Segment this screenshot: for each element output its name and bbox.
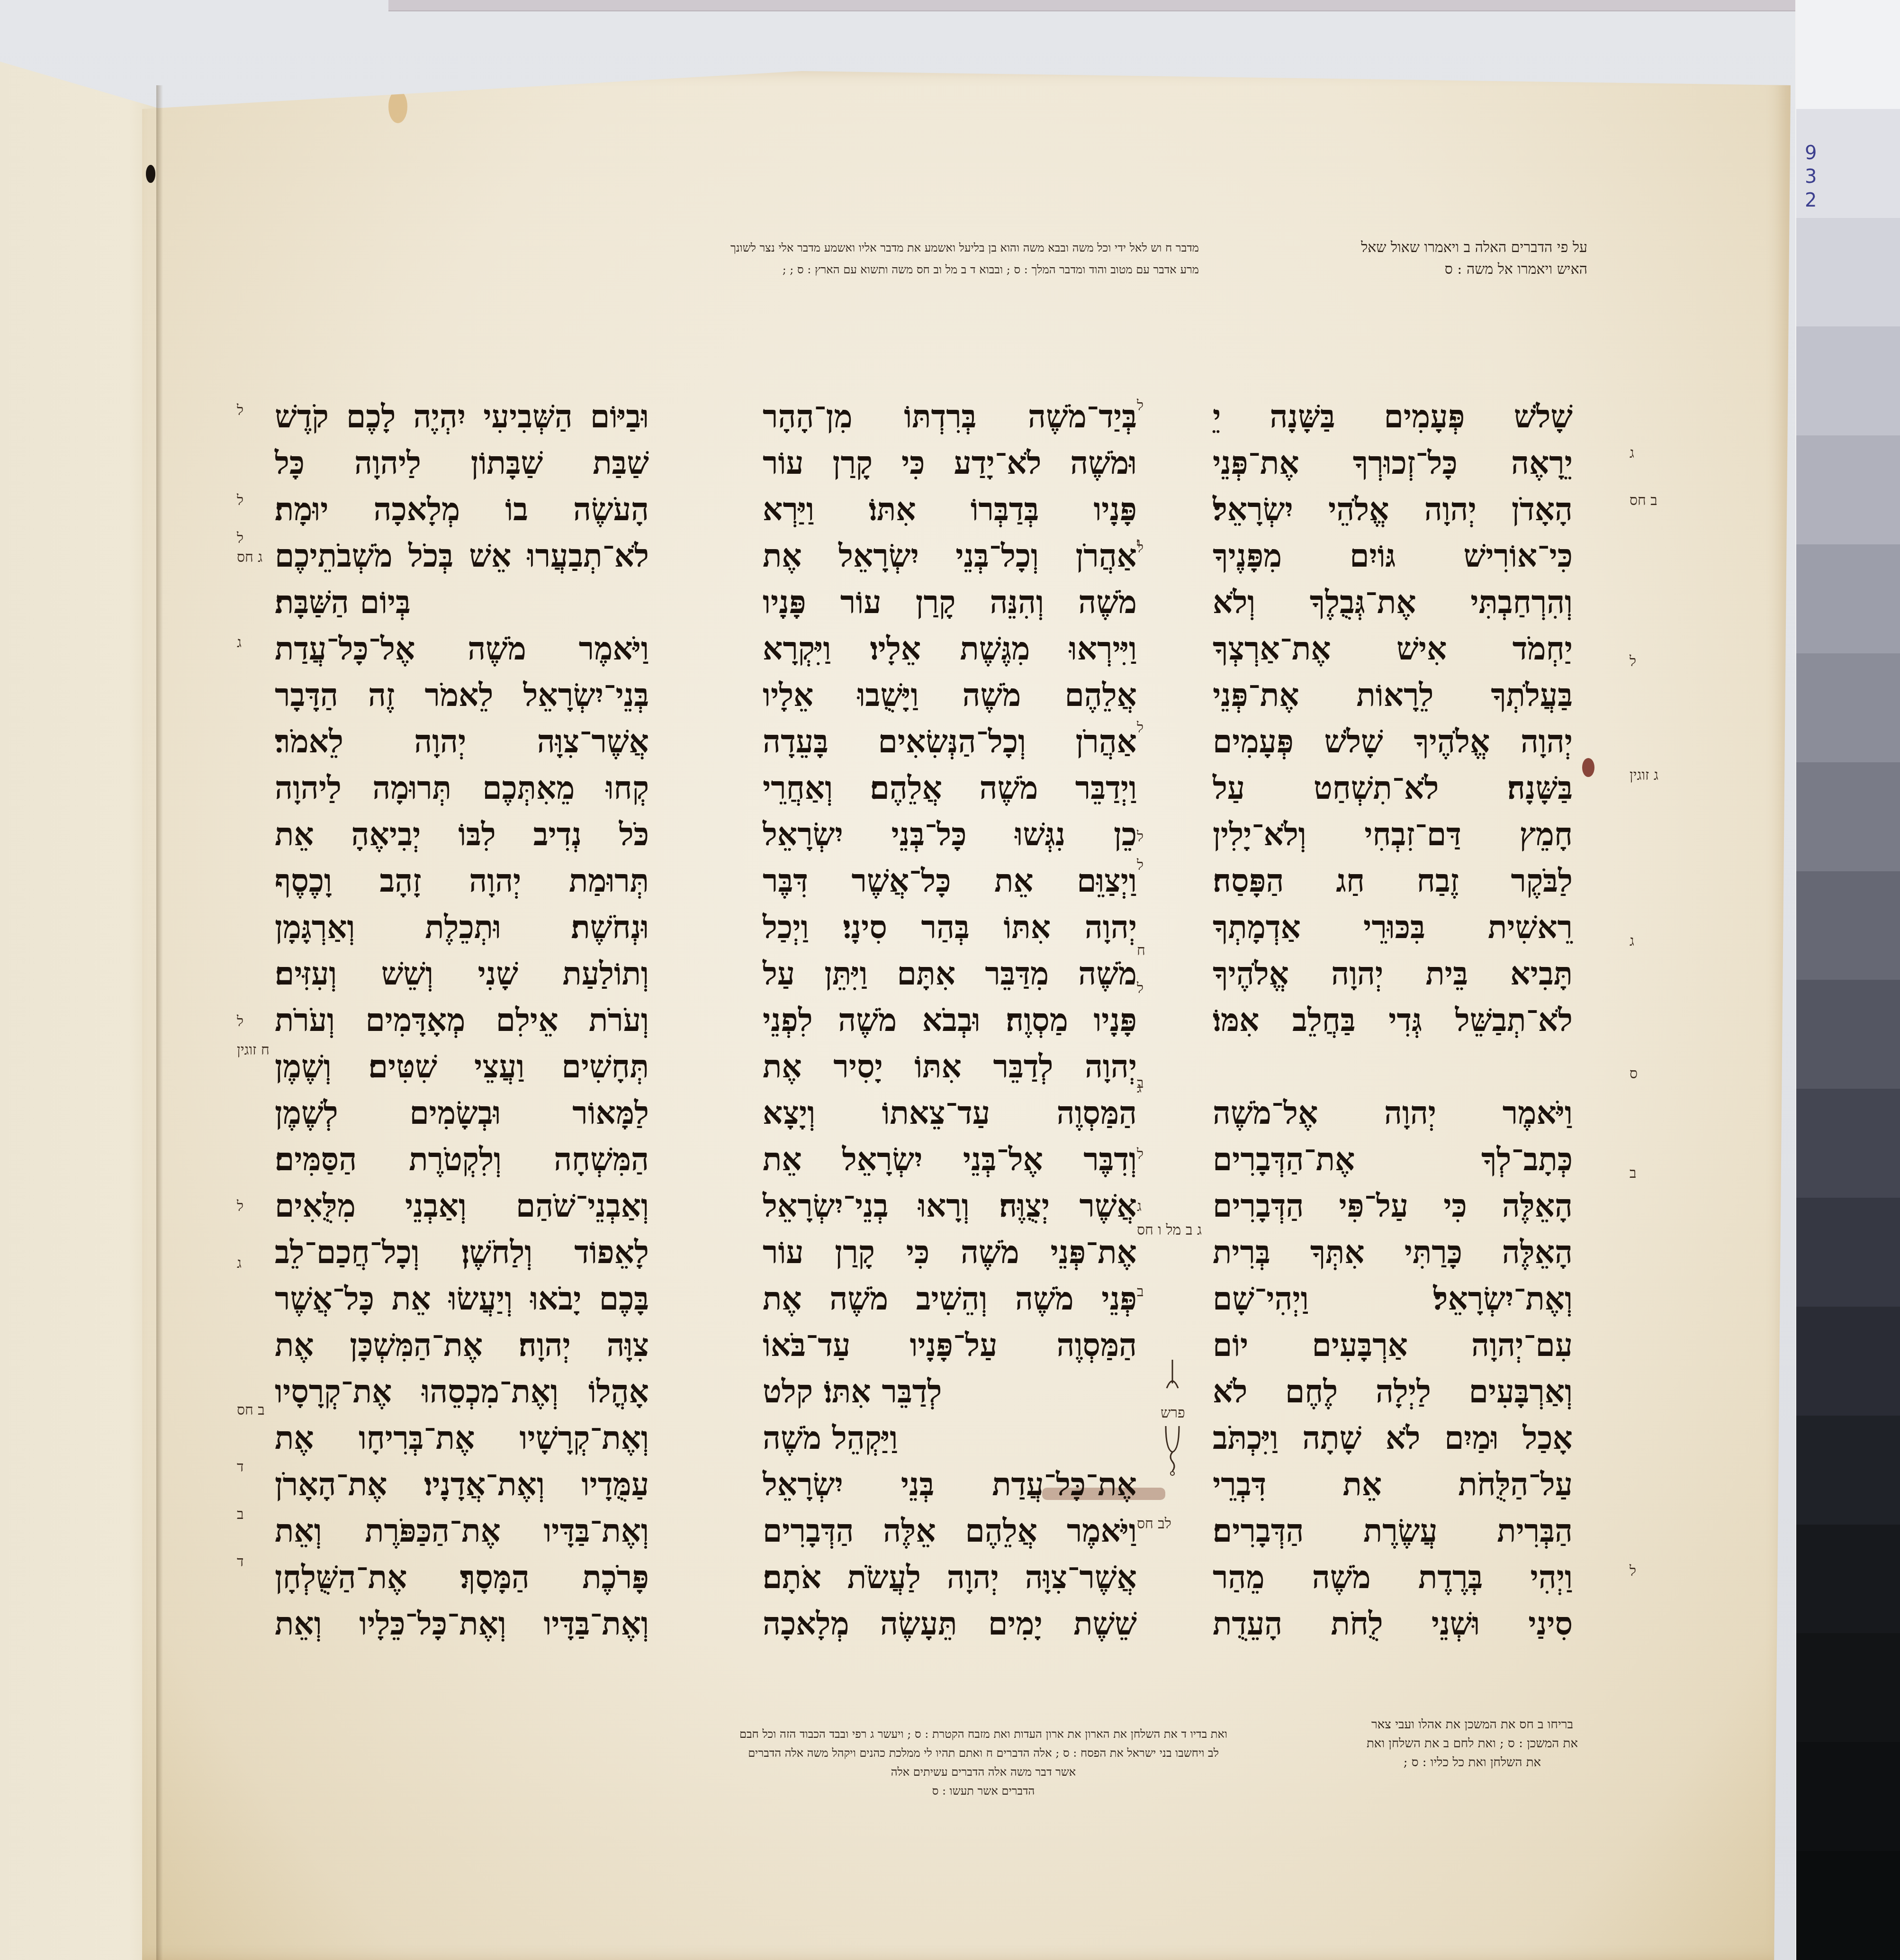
text-line: עַמֻּדָיו וְאֶת־אֲדָנָיו׃ אֶת־הָאָרֹן [275,1461,649,1508]
text-line: וַיַּקְהֵל מֹשֶׁה [763,1415,1137,1461]
gray-patch [1796,0,1900,109]
masora-parva-note: ג [1137,1199,1142,1215]
gray-patch [1796,1525,1900,1634]
text-line: שַׁבַּת שַׁבָּתוֹן לַיהוָה כָּל [275,440,649,486]
text-line: יַחְמֹד אִישׁ אֶת־אַרְצְךָ [1213,625,1573,672]
gray-patch [1796,218,1900,327]
masora-line: את השלחן ואת כל כליו : ס ; [1367,1753,1578,1772]
masora-bottom-left: ואת בדיו ד את השלחן את הארון את ארון העד… [739,1725,1227,1800]
masora-parva-note: ל [1137,1147,1144,1163]
text-line: בְּיוֹם הַשַּׁבָּת׃ [275,579,649,625]
text-line: מֹשֶׁה מִדַּבֵּר אִתָּם וַיִּתֵּן עַל [763,950,1137,997]
text-line [1213,1043,1573,1090]
text-line: עַל־הַלֻּחֹת אֵת דִּבְרֵי [1213,1461,1573,1508]
masora-parva-note: ד [237,1459,243,1475]
text-line: פָּנָיו בְּדַבְּרוֹ אִתּוֹ׃ וַיַּרְא [763,486,1137,533]
masora-parva-note: ב [1137,1075,1144,1092]
text-line: פָּרֹכֶת הַמָּסָךְ׃ אֶת־הַשֻּׁלְחָן [275,1554,649,1600]
masora-line: האיש ויאמרו אל משה : ס [1361,259,1587,280]
text-line: הַבְּרִית עֲשֶׂרֶת הַדְּבָרִים׃ [1213,1508,1573,1554]
text-line: הַמִּשְׁחָה וְלִקְטֹרֶת הַסַּמִּים׃ [275,1136,649,1183]
stain [388,90,407,123]
text-line: בַּשָּׁנָה׃ לֹא־תִשְׁחַט עַל [1213,765,1573,811]
gray-patch [1796,1307,1900,1416]
masora-parva-note: ג זוגין [1630,768,1658,784]
masora-parva-note: ב חס [237,1402,265,1418]
text-line: לַמָּאוֹר וּבְשָׂמִים לְשֶׁמֶן [275,1090,649,1136]
masora-parva-note: ל [237,1014,243,1030]
text-line: בָּכֶם יָבֹאוּ וְיַעֲשׂוּ אֵת כָּל־אֲשֶׁ… [275,1275,649,1322]
text-line: וְאֶת־קְרָשָׁיו אֶת־בְּרִיחָו אֶת [275,1415,649,1461]
text-line: וַיִּירְאוּ מִגֶּשֶׁת אֵלָיו׃ וַיִּקְרָא [763,625,1137,672]
masora-top-right: על פי הדברים האלה ב ויאמרו שאול שאל האיש… [1361,237,1587,280]
text-line: לָאֵפוֹד וְלַחֹשֶׁן׃ וְכָל־חֲכַם־לֵב [275,1229,649,1275]
text-line: אָכַל וּמַיִם לֹא שָׁתָה וַיִּכְתֹּב [1213,1415,1573,1461]
text-line: כְּתָב־לְךָ אֶת־הַדְּבָרִים [1213,1136,1573,1183]
masora-parva-note: ל [237,531,243,547]
masora-line: בריחו ב חס את המשכן את אהלו ועבי צאר [1367,1715,1578,1734]
masora-parva-note: ל [1630,1563,1636,1580]
binding-gutter [156,85,163,1960]
text-line: וְדִבֶּר אֶל־בְּנֵי יִשְׂרָאֵל אֵת [763,1136,1137,1183]
masora-parva-note: ל [1137,540,1144,556]
text-line: וּנְחֹשֶׁת׃ וּתְכֵלֶת וְאַרְגָּמָן [275,904,649,950]
text-line: וְהִרְחַבְתִּי אֶת־גְּבֻלֶךָ וְלֹא [1213,579,1573,625]
masora-line: ואת בדיו ד את השלחן את הארון את ארון העד… [739,1725,1227,1743]
masora-parva-note: לב חס [1137,1516,1171,1532]
text-line: סִינַי וּשְׁנֵי לֻחֹת הָעֵדֻת [1213,1600,1573,1647]
text-line: יֵרָאֶה כָּל־זְכוּרְךָ אֶת־פְּנֵי [1213,440,1573,486]
masora-parva-note: ל [1137,981,1144,997]
text-line: כֵן נִגְּשׁוּ כָּל־בְּנֵי יִשְׂרָאֵל [763,811,1137,858]
gray-patch [1796,1851,1900,1960]
masora-parva-note: ד [237,1554,243,1570]
handwritten-number: 2 [1805,190,1817,211]
text-line: אֲשֶׁר־צִוָּה יְהוָה לַעֲשֹׂת אֹתָם׃ [763,1554,1137,1600]
text-line: וַיְדַבֵּר מֹשֶׁה אֲלֵהֶם׃ וְאַחֲרֵי [763,765,1137,811]
petucha-ornament-icon [1163,1355,1182,1478]
text-line: וְאַבְנֵי־שֹׁהַם וְאַבְנֵי מִלֻּאִים [275,1183,649,1229]
gray-patch [1796,1089,1900,1198]
text-line: לַבֹּקֶר זֶבַח חַג הַפָּסַח׃ [1213,858,1573,904]
text-line: יְהוָה לְדַבֵּר אִתּוֹ יָסִיר אֶת [763,1043,1137,1090]
masora-parva-note: ג [1630,933,1634,949]
text-line: צִוָּה יְהוָה׃ אֶת־הַמִּשְׁכָּן אֶת [275,1322,649,1368]
masora-parva-note: ח זוגין [237,1042,270,1058]
text-line: הָאֵלֶּה כִּי עַל־פִּי הַדְּבָרִים [1213,1183,1573,1229]
masora-line: מרע אדבר עם מטוב והוד ומדבר המלך : ס ; ו… [730,259,1199,280]
masora-parva-note: ל [1137,858,1144,874]
masora-parva-note: ח [1137,943,1145,959]
text-line: בְּיַד־מֹשֶׁה בְּרִדְתּוֹ מִן־הָהָר [763,393,1137,440]
gray-patch [1796,1742,1900,1851]
text-line: לֹא־תְבַשֵּׁל גְּדִי בַּחֲלֵב אִמּוֹ׃ [1213,997,1573,1043]
gray-patch [1796,980,1900,1089]
masora-line: על פי הדברים האלה ב ויאמרו שאול שאל [1361,237,1587,259]
text-column-right: שָׁלֹשׁ פְּעָמִים בַּשָּׁנָה יֵיֵרָאֶה כ… [1213,393,1573,1647]
handwritten-number: 9 [1805,142,1817,164]
masora-parva-note: ג [1630,445,1634,461]
text-line: וְאֶת־בַּדָּיו וְאֶת־כָּל־כֵּלָיו וְאֵת [275,1600,649,1647]
text-line: רֵאשִׁית בִּכּוּרֵי אַדְמָתְךָ [1213,904,1573,950]
text-line: הַמַּסְוֶה עַל־פָּנָיו עַד־בֹּאוֹ [763,1322,1137,1368]
masora-line: לב ויחשבו בני ישראל את הפסח : ס ; אלה הד… [739,1743,1227,1762]
ink-blot [146,165,155,183]
text-line: עִם־יְהוָה אַרְבָּעִים יוֹם [1213,1322,1573,1368]
text-line: אַהֲרֹן וְכָל־הַנְּשִׂאִים בָּעֵדָה [763,718,1137,765]
masora-parva-note: ב [237,1507,243,1523]
masora-parva-note: ב [1630,1165,1636,1182]
text-column-middle: בְּיַד־מֹשֶׁה בְּרִדְתּוֹ מִן־הָהָרוּמֹש… [763,393,1137,1647]
text-line: וְעֹרֹת אֵילִם מְאָדָּמִים וְעֹרֹת [275,997,649,1043]
text-line: הָעֹשֶׂה בוֹ מְלָאכָה יוּמָת׃ [275,486,649,533]
facing-page-edge [0,62,161,1960]
text-line: אֲשֶׁר יְצֻוֶּה׃ וְרָאוּ בְנֵי־יִשְׂרָאֵ… [763,1183,1137,1229]
text-line: וַיֹּאמֶר יְהוָה אֶל־מֹשֶׁה [1213,1090,1573,1136]
gray-patch [1796,653,1900,762]
masora-parva-note: ל [1630,654,1636,670]
text-line: כֹּל נְדִיב לִבּוֹ יְבִיאֶהָ אֵת [275,811,649,858]
text-line: תָּבִיא בֵּית יְהוָה אֱלֹהֶיךָ [1213,950,1573,997]
text-line: אֶת־פְּנֵי מֹשֶׁה כִּי קָרַן עוֹר [763,1229,1137,1275]
masora-parva-note: ל [1137,829,1144,845]
handwritten-number: 3 [1805,166,1817,188]
text-line: הָאֵלֶּה כָּרַתִּי אִתְּךָ בְּרִית [1213,1229,1573,1275]
masora-parva-note: ל [237,403,243,419]
masora-parva-note: ל [1137,398,1144,414]
masora-line: מדבר ח וש לאל ידי וכל משה ובבא משה והוא … [730,237,1199,259]
text-line: יְהוָה אִתּוֹ בְּהַר סִינָי׃ וַיְכַל [763,904,1137,950]
text-line: חָמֵץ דַּם־זִבְחִי וְלֹא־יָלִין [1213,811,1573,858]
masora-bottom-right: בריחו ב חס את המשכן את אהלו ועבי צאר את … [1367,1715,1578,1772]
masora-line: את המשכן : ס ; ואת לחם ב את השלחן ואת [1367,1734,1578,1753]
text-line: וּבַיּוֹם הַשְּׁבִיעִי יִהְיֶה לָכֶם קֹד… [275,393,649,440]
text-line: וַיְצַוֵּם אֵת כָּל־אֲשֶׁר דִּבֶּר [763,858,1137,904]
text-line: תְּרוּמַת יְהוָה זָהָב וָכֶסֶף [275,858,649,904]
text-line: וַיֹּאמֶר אֲלֵהֶם אֵלֶּה הַדְּבָרִים [763,1508,1137,1554]
text-line: הַמַּסְוֶה עַד־צֵאתוֹ וְיָצָא [763,1090,1137,1136]
masora-parva-note: ס [1630,1066,1638,1082]
gray-patch [1796,435,1900,544]
text-line: אֲלֵהֶם מֹשֶׁה וַיָּשֻׁבוּ אֵלָיו [763,672,1137,718]
gray-patch [1796,326,1900,435]
text-column-left: וּבַיּוֹם הַשְּׁבִיעִי יִהְיֶה לָכֶם קֹד… [275,393,649,1647]
gray-patch [1796,871,1900,980]
masora-parva-note: ג חס [237,550,262,566]
gray-patch [1796,544,1900,653]
text-line: אָהֳלוֹ וְאֶת־מִכְסֵהוּ אֶת־קְרָסָיו [275,1368,649,1415]
masora-line: הדברים אשר תעשו : ס [739,1781,1227,1800]
text-line: וַיְהִי בְּרֶדֶת מֹשֶׁה מֵהַר [1213,1554,1573,1600]
stain [1582,758,1594,777]
text-line: וַיֹּאמֶר מֹשֶׁה אֶל־כָּל־עֲדַת [275,625,649,672]
gray-patch [1796,1633,1900,1742]
masora-parva-note: ב חס [1630,493,1657,509]
text-line: וְתוֹלַעַת שָׁנִי וְשֵׁשׁ וְעִזִּים׃ [275,950,649,997]
text-line: מֹשֶׁה וְהִנֵּה קָרַן עוֹר פָּנָיו [763,579,1137,625]
masora-line: אשר דבר משה אלה הדברים עשיתים אלה [739,1762,1227,1781]
masora-parva-note: ג ב מל ו חס [1137,1222,1202,1238]
gray-patch [1796,1416,1900,1525]
gray-patch [1796,1198,1900,1307]
masora-parva-note: ג [237,1255,242,1272]
masora-parva-note: ל [237,493,243,509]
text-line: אֶת־כָּל־עֲדַת בְּנֵי יִשְׂרָאֵל [763,1461,1137,1508]
text-line: לְדַבֵּר אִתּוֹ׃ קלט [763,1368,1137,1415]
text-line: בְּנֵי־יִשְׂרָאֵל לֵאמֹר זֶה הַדָּבָר [275,672,649,718]
gray-patch [1796,762,1900,871]
masora-parva-note: ל [1137,720,1144,736]
text-line: קְחוּ מֵאִתְּכֶם תְּרוּמָה לַיהוָה [275,765,649,811]
text-line: פָּנָיו מַסְוֶה׃ וּבְבֹא מֹשֶׁה לִפְנֵי [763,997,1137,1043]
text-line: יְהוָה אֱלֹהֶיךָ שָׁלֹשׁ פְּעָמִים [1213,718,1573,765]
text-line: בַּעֲלֹתְךָ לֵרָאוֹת אֶת־פְּנֵי [1213,672,1573,718]
text-line: וְאַרְבָּעִים לַיְלָה לֶחֶם לֹא [1213,1368,1573,1415]
text-line: וְאֶת־יִשְׂרָאֵל׃ וַיְהִי־שָׁם [1213,1275,1573,1322]
text-line: פְּנֵי מֹשֶׁה וְהֵשִׁיב מֹשֶׁה אֶת [763,1275,1137,1322]
masora-parva-note: ב [1137,1284,1144,1300]
text-line: אֲשֶׁר־צִוָּה יְהוָה לֵאמֹר׃ [275,718,649,765]
masora-top-left: מדבר ח וש לאל ידי וכל משה ובבא משה והוא … [730,237,1199,280]
text-line: אַהֲרֹן וְכָל־בְּנֵי יִשְׂרָאֵל אֶת [763,533,1137,579]
text-line: תְּחָשִׁים וַעֲצֵי שִׁטִּים׃ וְשֶׁמֶן [275,1043,649,1090]
text-line: וּמֹשֶׁה לֹא־יָדַע כִּי קָרַן עוֹר [763,440,1137,486]
text-line: הָאָדֹן יְהוָה אֱלֹהֵי יִשְׂרָאֵל׃ [1213,486,1573,533]
text-line: שֵׁשֶׁת יָמִים תֵּעָשֶׂה מְלָאכָה [763,1600,1137,1647]
color-calibration-strip: 932 [1795,0,1900,1960]
text-line: כִּי־אוֹרִישׁ גּוֹיִם מִפָּנֶיךָ [1213,533,1573,579]
text-line: לֹא־תְבַעֲרוּ אֵשׁ בְּכֹל מֹשְׁבֹתֵיכֶם [275,533,649,579]
masora-parva-note: ל [237,1199,243,1215]
text-line: שָׁלֹשׁ פְּעָמִים בַּשָּׁנָה יֵ [1213,393,1573,440]
masora-parva-note: ג [237,635,242,651]
text-line: וְאֶת־בַּדָּיו אֶת־הַכַּפֹּרֶת וְאֵת [275,1508,649,1554]
top-edge-card [388,0,1900,11]
